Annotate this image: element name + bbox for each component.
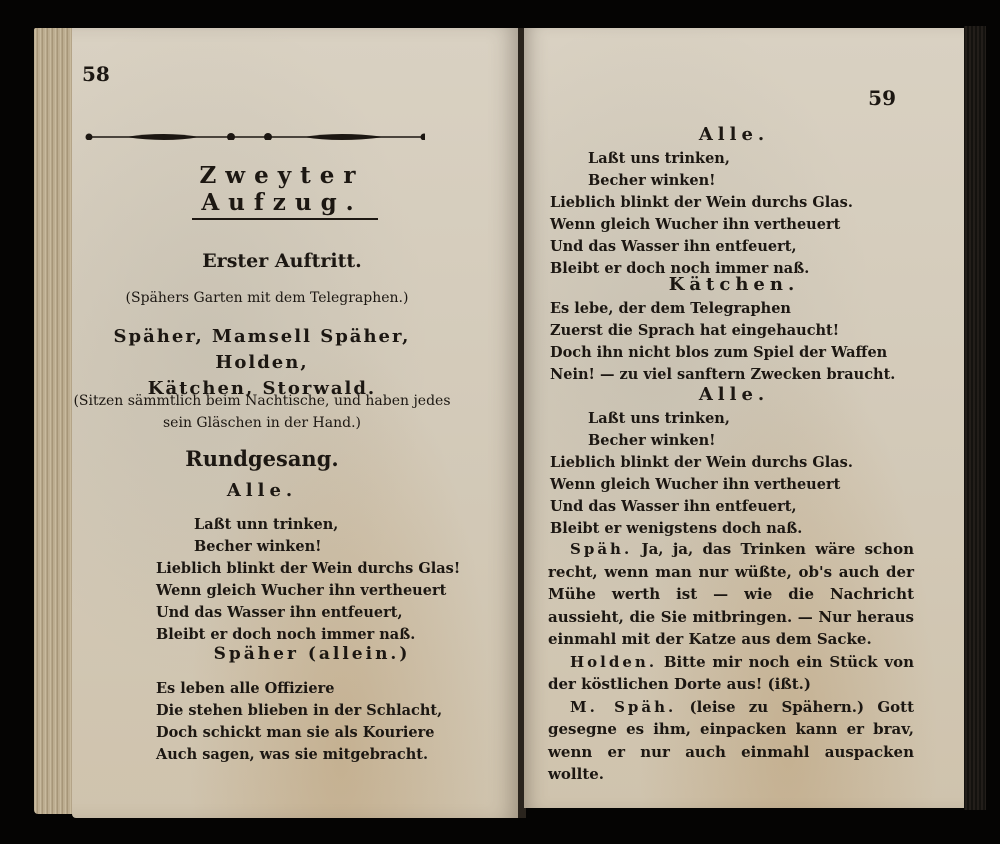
ornament-divider-icon [85, 130, 425, 140]
speaker-label: M. Späh. [570, 698, 676, 716]
verse-line: Becher winken! [550, 170, 853, 192]
page-number: 58 [82, 62, 110, 86]
verse-line: Es leben alle Offiziere [156, 678, 442, 700]
verse-line: Zuerst die Sprach hat eingehaucht! [550, 320, 895, 342]
book-cover-edge-right [964, 26, 986, 810]
verse-line: Becher winken! [550, 430, 853, 452]
verse-line: Bleibt er doch noch immer naß. [156, 624, 460, 646]
verse-line: Nein! — zu viel sanftern Zwecken braucht… [550, 364, 895, 386]
chorus-verse: Laßt unn trinken, Becher winken! Lieblic… [156, 514, 460, 646]
stage-direction-line: (Sitzen sämmtlich beim Nachtische, und h… [72, 390, 452, 412]
chorus-verse: Laßt uns trinken, Becher winken! Lieblic… [550, 148, 853, 280]
open-book: 58 Zweyter Aufzug. Erster Auftritt. (Spä… [0, 0, 1000, 844]
page-number: 59 [868, 86, 896, 110]
solo-verse: Es leben alle Offiziere Die stehen blieb… [156, 678, 442, 766]
act-title: Zweyter Aufzug. [112, 162, 452, 216]
right-page: 59 Alle. Laßt uns trinken, Becher winken… [524, 28, 964, 808]
verse-line: Die stehen blieben in der Schlacht, [156, 700, 442, 722]
verse-line: Auch sagen, was sie mitgebracht. [156, 744, 442, 766]
speaker-label: Späh. [570, 540, 632, 558]
dialogue-entry: M. Späh. (leise zu Spähern.) Gott gesegn… [548, 696, 914, 786]
stage-direction-line: sein Gläschen in der Hand.) [72, 412, 452, 434]
speaker-label: Späher (allein.) [192, 644, 432, 664]
speaker-label: Alle. [112, 480, 412, 501]
verse-line: Lieblich blinkt der Wein durchs Glas! [156, 558, 460, 580]
scene-title: Erster Auftritt. [112, 250, 452, 272]
verse-line: Und das Wasser ihn entfeuert, [156, 602, 460, 624]
speaker-label: Alle. [584, 384, 884, 405]
title-rule [192, 218, 378, 220]
left-page: 58 Zweyter Aufzug. Erster Auftritt. (Spä… [72, 28, 520, 818]
verse-line: Es lebe, der dem Telegraphen [550, 298, 895, 320]
chorus-verse: Laßt uns trinken, Becher winken! Lieblic… [550, 408, 853, 540]
verse-line: Bleibt er wenigstens doch naß. [550, 518, 853, 540]
dialogue-entry: Holden. Bitte mir noch ein Stück von der… [548, 651, 914, 696]
verse-line: Becher winken! [156, 536, 460, 558]
speaker-label: Holden. [570, 653, 657, 671]
dialogue-entry: Späh. Ja, ja, das Trinken wäre schon rec… [548, 538, 914, 651]
verse-line: Und das Wasser ihn entfeuert, [550, 496, 853, 518]
kaetchen-verse: Es lebe, der dem Telegraphen Zuerst die … [550, 298, 895, 386]
page-edges-left [34, 28, 76, 814]
speaker-label: Kätchen. [584, 274, 884, 295]
setting-direction: (Spähers Garten mit dem Telegraphen.) [82, 290, 452, 306]
verse-line: Laßt uns trinken, [550, 148, 853, 170]
verse-line: Wenn gleich Wucher ihn vertheuert [550, 474, 853, 496]
speaker-label: Alle. [584, 124, 884, 145]
stage-direction: (Sitzen sämmtlich beim Nachtische, und h… [72, 390, 452, 434]
verse-line: Doch ihn nicht blos zum Spiel der Waffen [550, 342, 895, 364]
verse-line: Lieblich blinkt der Wein durchs Glas. [550, 192, 853, 214]
cast-line: Späher, Mamsell Späher, Holden, [72, 324, 452, 376]
verse-line: Und das Wasser ihn entfeuert, [550, 236, 853, 258]
verse-line: Wenn gleich Wucher ihn vertheuert [550, 214, 853, 236]
verse-line: Lieblich blinkt der Wein durchs Glas. [550, 452, 853, 474]
verse-line: Laßt unn trinken, [156, 514, 460, 536]
dialogue-block: Späh. Ja, ja, das Trinken wäre schon rec… [548, 538, 914, 786]
verse-line: Doch schickt man sie als Kouriere [156, 722, 442, 744]
song-title: Rundgesang. [112, 446, 412, 471]
verse-line: Laßt uns trinken, [550, 408, 853, 430]
verse-line: Wenn gleich Wucher ihn vertheuert [156, 580, 460, 602]
